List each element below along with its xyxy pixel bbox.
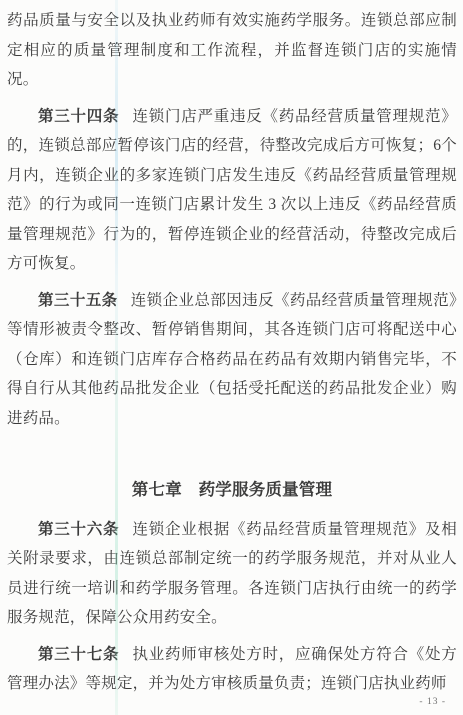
article-number-label: 第三十四条 <box>38 108 119 125</box>
article-number-label: 第三十五条 <box>38 292 118 309</box>
chapter-heading: 第七章 药学服务质量管理 <box>7 475 457 505</box>
page-number: - 13 - <box>419 697 446 707</box>
article-text: 连锁门店严重违反《药品经营质量管理规范》的，连锁总部应暂停该门店的经营，待整改完… <box>7 108 457 273</box>
document-body: 药品质量与安全以及执业药师有效实施药学服务。连锁总部应制定相应的质量管理制度和工… <box>7 6 457 699</box>
article-paragraph: 第三十四条连锁门店严重违反《药品经营质量管理规范》的，连锁总部应暂停该门店的经营… <box>7 102 457 279</box>
article-paragraph: 第三十六条连锁企业根据《药品经营质量管理规范》及相关附录要求，由连锁总部制定统一… <box>7 515 457 633</box>
article-number-label: 第三十七条 <box>38 646 119 663</box>
continuation-paragraph: 药品质量与安全以及执业药师有效实施药学服务。连锁总部应制定相应的质量管理制度和工… <box>7 6 457 95</box>
document-page: 药品质量与安全以及执业药师有效实施药学服务。连锁总部应制定相应的质量管理制度和工… <box>0 0 463 715</box>
article-number-label: 第三十六条 <box>38 521 119 538</box>
article-paragraph: 第三十五条连锁企业总部因违反《药品经营质量管理规范》等情形被责令整改、暂停销售期… <box>7 286 457 434</box>
article-text: 连锁企业总部因违反《药品经营质量管理规范》等情形被责令整改、暂停销售期间，其各连… <box>7 292 457 427</box>
article-paragraph: 第三十七条执业药师审核处方时，应确保处方符合《处方管理办法》等规定，并为处方审核… <box>7 640 457 699</box>
